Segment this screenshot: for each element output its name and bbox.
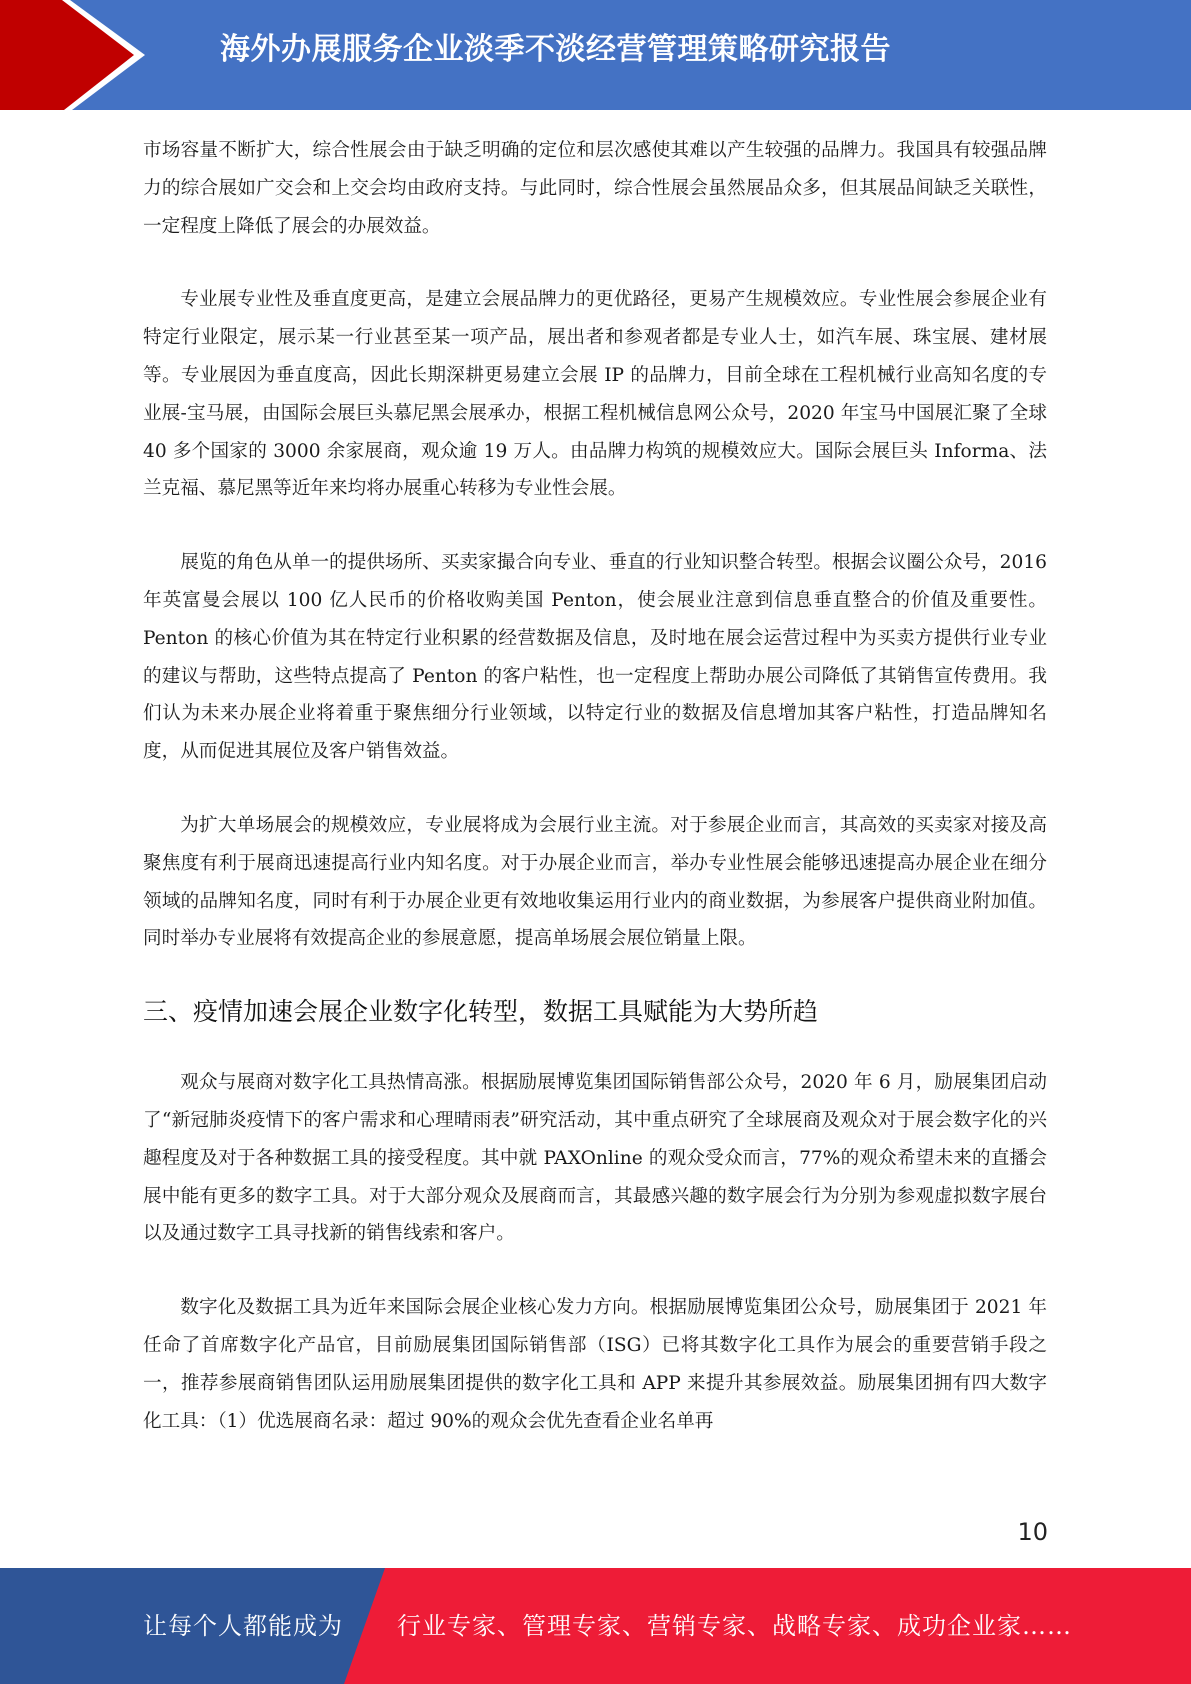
- paragraph-2: 专业展专业性及垂直度更高，是建立会展品牌力的更优路径，更易产生规模效应。专业性展…: [143, 281, 1047, 508]
- chevron-arrow-icon: [0, 0, 160, 110]
- paragraph-4: 为扩大单场展会的规模效应，专业展将成为会展行业主流。对于参展企业而言，其高效的买…: [143, 807, 1047, 958]
- footer-slogan-left: 让每个人都能成为: [143, 1606, 343, 1641]
- paragraph-3: 展览的角色从单一的提供场所、买卖家撮合向专业、垂直的行业知识整合转型。根据会议圈…: [143, 544, 1047, 771]
- document-body: 市场容量不断扩大，综合性展会由于缺乏明确的定位和层次感使其难以产生较强的品牌力。…: [143, 132, 1047, 1476]
- paragraph-6: 数字化及数据工具为近年来国际会展企业核心发力方向。根据励展博览集团公众号，励展集…: [143, 1289, 1047, 1440]
- slogan-footer: 让每个人都能成为 行业专家、管理专家、营销专家、战略专家、成功企业家……: [0, 1568, 1191, 1684]
- paragraph-1: 市场容量不断扩大，综合性展会由于缺乏明确的定位和层次感使其难以产生较强的品牌力。…: [143, 132, 1047, 245]
- report-title: 海外办展服务企业淡季不淡经营管理策略研究报告: [140, 26, 1191, 74]
- report-header: 海外办展服务企业淡季不淡经营管理策略研究报告: [0, 0, 1191, 110]
- section-heading: 三、疫情加速会展企业数字化转型，数据工具赋能为大势所趋: [143, 994, 1047, 1030]
- paragraph-5: 观众与展商对数字化工具热情高涨。根据励展博览集团国际销售部公众号，2020 年 …: [143, 1064, 1047, 1253]
- footer-slogan-right: 行业专家、管理专家、营销专家、战略专家、成功企业家……: [397, 1606, 1072, 1641]
- page-number: 10: [1017, 1518, 1048, 1546]
